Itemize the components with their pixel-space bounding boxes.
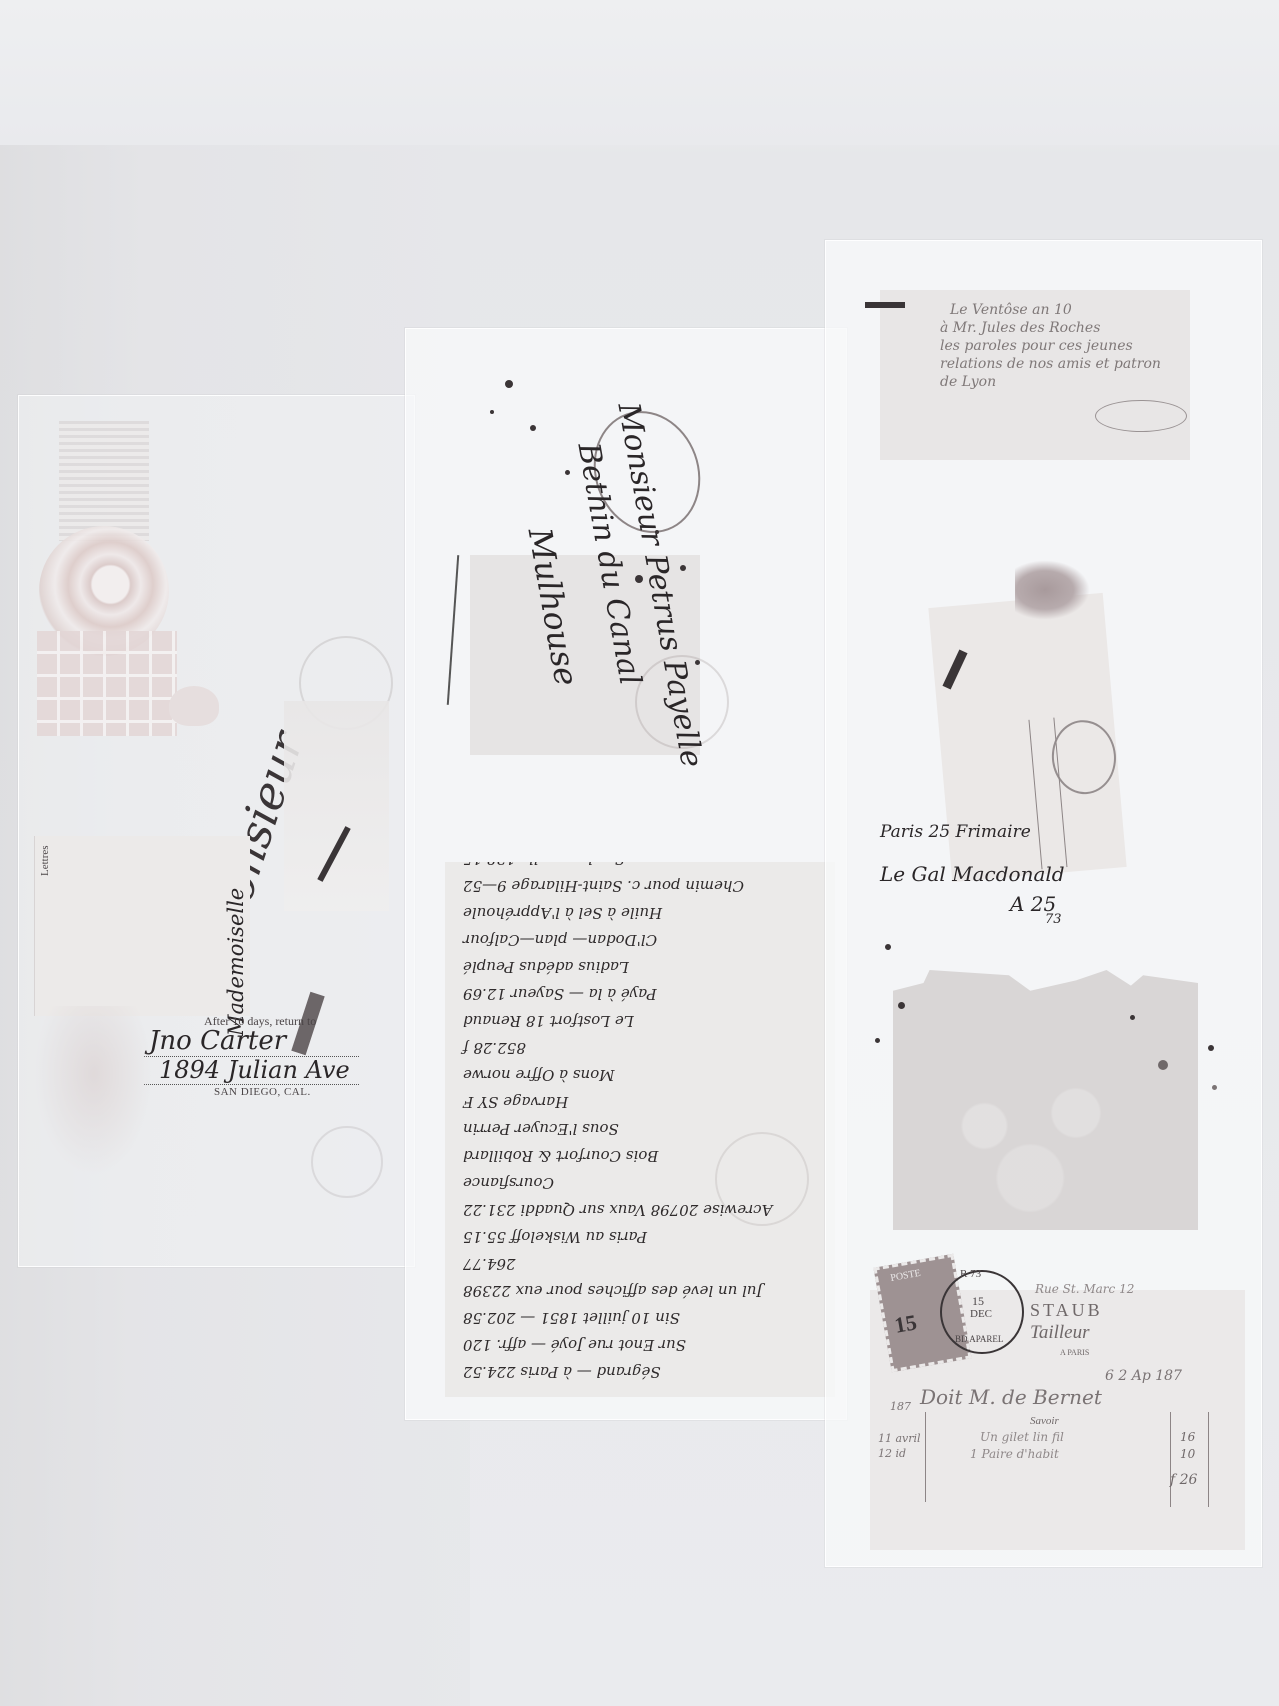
letter-sticker: Le Ventôse an 10 à Mr. Jules des Roches … xyxy=(880,290,1190,460)
ink-dot xyxy=(680,565,686,571)
invoice-debit: Doit M. de Bernet xyxy=(920,1385,1102,1409)
ledger-line: 852.28 f xyxy=(463,1034,817,1061)
ink-dot xyxy=(655,530,659,534)
ledger-line: Jul un levé des affiches pour eux 22398 … xyxy=(463,1250,817,1304)
ledger-line: Cl'Dodan— plan—Calfour xyxy=(463,926,817,953)
invoice-table-right xyxy=(1170,1412,1171,1507)
faint-stain-bottom xyxy=(34,1006,154,1176)
invoice-table-left xyxy=(925,1412,926,1502)
ink-dot xyxy=(1158,1060,1168,1070)
postcard-divider-1 xyxy=(1028,720,1042,870)
ledger-line: Chemin pour c. Saint-Hilarage 9—52 xyxy=(463,872,817,899)
ink-dot xyxy=(898,1002,905,1009)
ink-dot xyxy=(695,660,700,665)
invoice-city: A PARIS xyxy=(1060,1348,1089,1357)
ledger-line: Sin 10 juillet 1851 — 202.58 xyxy=(463,1304,817,1331)
invoice-row-amount: 10 xyxy=(1180,1447,1195,1461)
black-label-strip xyxy=(865,302,905,308)
invoice-trade: Tailleur xyxy=(1030,1322,1090,1344)
ledger-line: Le Lostfort 18 Renaud xyxy=(463,1007,817,1034)
invoice-row-date: 12 id xyxy=(878,1447,906,1460)
ink-dot xyxy=(1212,1085,1217,1090)
letter-flourish xyxy=(1095,400,1187,432)
postmark-office: BD APAREL xyxy=(955,1334,1003,1344)
invoice-sticker: POSTE 15 R 73 15 DEC BD APAREL Rue St. M… xyxy=(870,1290,1245,1550)
ledger-line: Paris au Wiskeloff 55.15 xyxy=(463,1223,817,1250)
invoice-column-header: Savoir xyxy=(1030,1415,1059,1427)
ink-dot xyxy=(530,425,536,431)
newspaper-fragment xyxy=(59,421,149,541)
return-street: 1894 Julian Ave xyxy=(159,1056,350,1084)
postcard-label: Lettres xyxy=(39,845,51,876)
invoice-row-amount: 16 xyxy=(1180,1430,1195,1444)
ledger-line: Mons à Offre norwe xyxy=(463,1061,817,1088)
ink-dot xyxy=(565,470,570,475)
address-sticker: Monsieur Petrus Payelle Bethin du Canal … xyxy=(430,360,790,780)
ink-dot xyxy=(505,380,513,388)
background-top xyxy=(0,0,1279,145)
ledger-line: Sur la nacelle 128.15 xyxy=(463,862,817,872)
coffee-ring xyxy=(715,1132,809,1226)
letter-line: de Lyon xyxy=(940,374,996,390)
ledger-line: Payé à la — Sayeur 12.69 xyxy=(463,980,817,1007)
ink-dot xyxy=(1208,1045,1214,1051)
ink-dot xyxy=(885,944,891,950)
letter-line: les paroles pour ces jeunes xyxy=(940,338,1133,354)
invoice-row-date: 187 xyxy=(890,1400,911,1413)
return-name: Jno Carter xyxy=(149,1026,286,1056)
pink-grid-tile xyxy=(37,631,177,736)
mauve-paint-splotch xyxy=(1015,560,1090,620)
postmark-top: R 73 xyxy=(960,1268,981,1280)
stamp-value: 15 xyxy=(893,1309,919,1338)
postcard-line-2: Le Gal Macdonald xyxy=(880,862,1065,886)
postmark-day: 15 xyxy=(972,1294,984,1309)
return-city: SAN DIEGO, CAL. xyxy=(214,1086,311,1098)
ledger-sticker: Ségrand — à Paris 224.52 Sur Enot rue Jo… xyxy=(445,862,835,1397)
letter-line: Le Ventôse an 10 xyxy=(950,302,1072,318)
invoice-row-date: 11 avril xyxy=(878,1432,921,1445)
ink-dot xyxy=(1130,1015,1135,1020)
invoice-firm: STAUB xyxy=(1030,1300,1103,1321)
coffee-ring-bottom xyxy=(311,1126,383,1198)
faint-note xyxy=(284,701,389,911)
teacup-fragment xyxy=(169,686,219,726)
ink-dot xyxy=(490,410,494,414)
postcard-line-1: Paris 25 Frimaire xyxy=(880,822,1031,842)
ink-dot xyxy=(875,1038,880,1043)
ink-dot xyxy=(635,575,643,583)
invoice-address: Rue St. Marc 12 xyxy=(1035,1282,1134,1296)
ledger-line: Huile à Sel à l'Appréhoule xyxy=(463,899,817,926)
letter-line: relations de nos amis et patron xyxy=(940,356,1161,372)
invoice-row-item: 1 Paire d'habit xyxy=(970,1447,1059,1461)
faint-postcard xyxy=(34,836,250,1016)
ledger-text: Ségrand — à Paris 224.52 Sur Enot rue Jo… xyxy=(445,862,835,1397)
letter-line: à Mr. Jules des Roches xyxy=(940,320,1100,336)
invoice-table-far-right xyxy=(1208,1412,1209,1507)
underline-stroke xyxy=(447,555,459,705)
ledger-line: Ladius adédus Peuplé xyxy=(463,953,817,980)
left-sticker-sheet: Monsieur Lettres Mademoiselle After 10 d… xyxy=(18,395,415,1267)
invoice-row-item: Un gilet lin fil xyxy=(980,1430,1064,1444)
stamp-label: POSTE xyxy=(890,1268,922,1284)
lace-sticker xyxy=(893,970,1198,1230)
ledger-line: Ségrand — à Paris 224.52 xyxy=(463,1358,817,1385)
invoice-date: 6 2 Ap 187 xyxy=(1105,1368,1182,1384)
ledger-line: Sur Enot rue Joyé — affr. 120 xyxy=(463,1331,817,1358)
invoice-total: f 26 xyxy=(1170,1472,1197,1488)
postcard-line-4: 73 xyxy=(1045,912,1062,927)
ledger-line: Harvage SY F xyxy=(463,1088,817,1115)
postmark-month: DEC xyxy=(970,1308,992,1320)
dotted-line-2 xyxy=(144,1084,359,1085)
